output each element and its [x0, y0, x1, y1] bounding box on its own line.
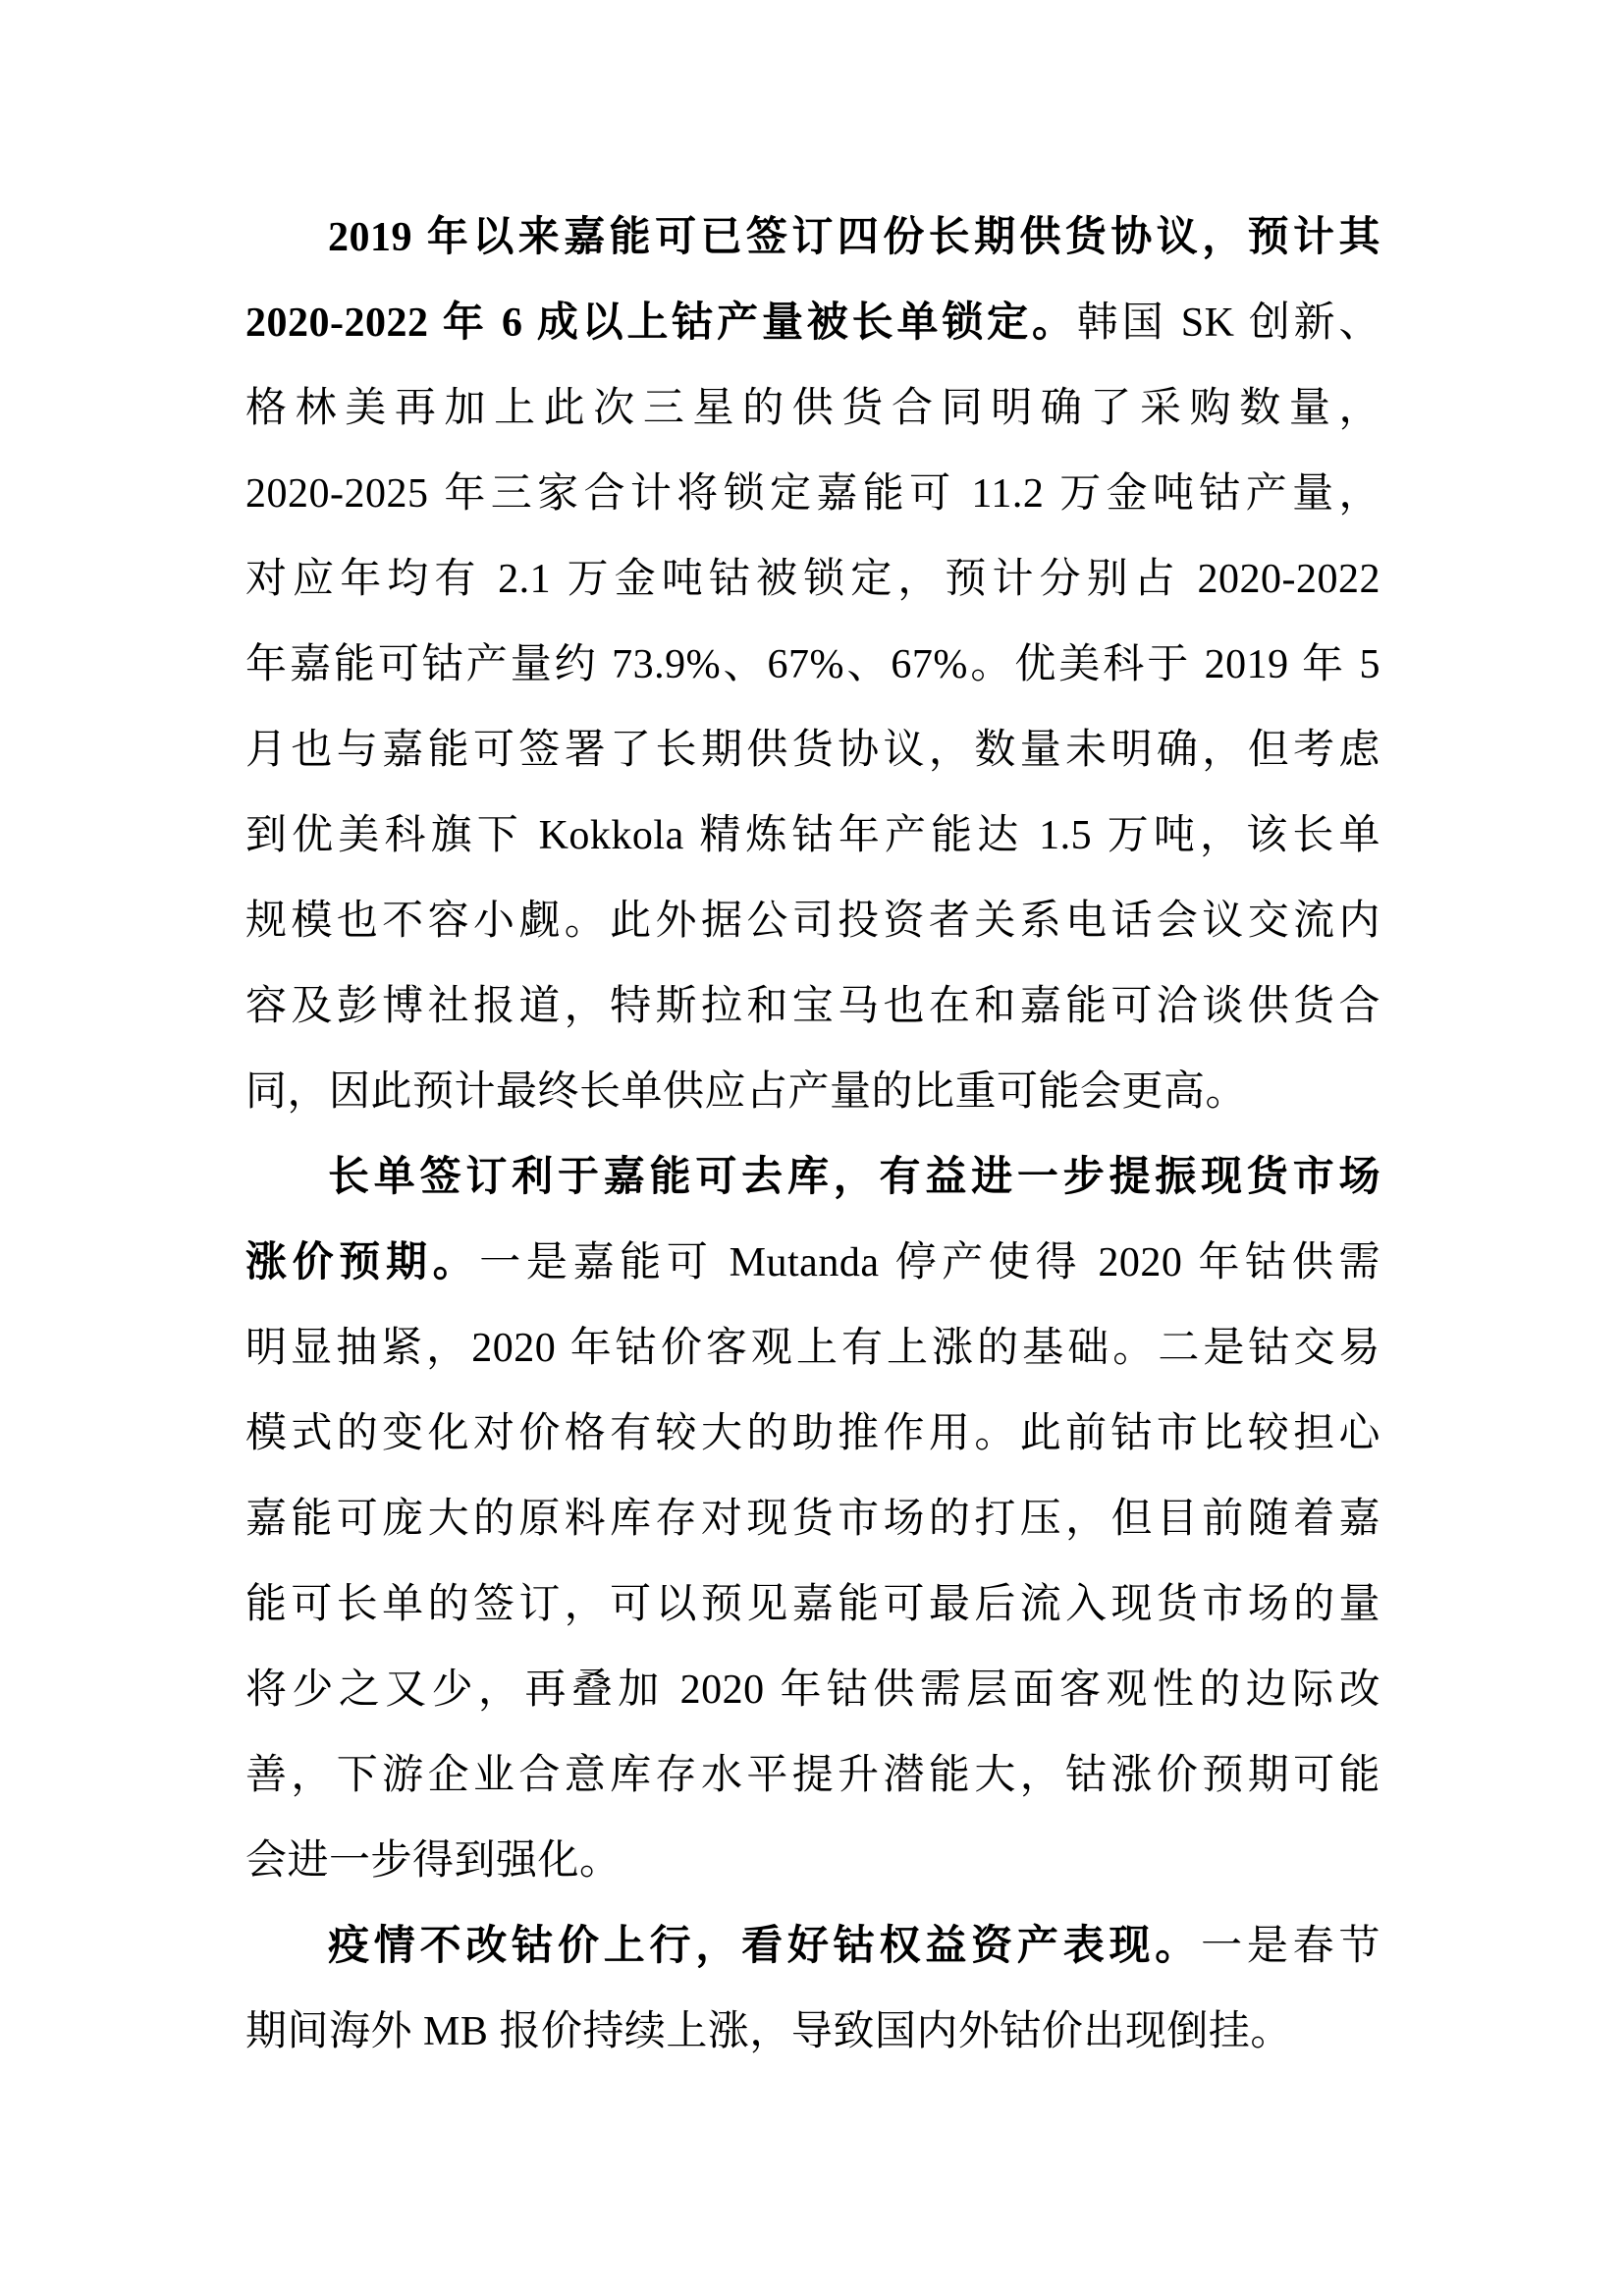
text-run: 善，下游企业合意库存水平提升潜能大，钴涨价预期可能 — [245, 1753, 1380, 1798]
text-line: 规模也不容小觑。此外据公司投资者关系电话会议交流内 — [245, 879, 1380, 964]
text-line: 2019 年以来嘉能可已签订四份长期供货协议，预计其 — [245, 195, 1380, 281]
bold-text-run: 疫情不改钴价上行，看好钴权益资产表现。 — [328, 1924, 1201, 1969]
text-run: 明显抽紧，2020 年钴价客观上有上涨的基础。二是钴交易 — [245, 1326, 1380, 1371]
text-line: 2020-2025 年三家合计将锁定嘉能可 11.2 万金吨钴产量， — [245, 452, 1380, 537]
text-run: 一是嘉能可 Mutanda 停产使得 2020 年钴供需 — [479, 1240, 1380, 1285]
text-run: 对应年均有 2.1 万金吨钴被锁定，预计分别占 2020-2022 — [245, 557, 1380, 602]
bold-text-run: 涨价预期。 — [245, 1240, 479, 1285]
text-line: 善，下游企业合意库存水平提升潜能大，钴涨价预期可能 — [245, 1733, 1380, 1819]
text-line: 嘉能可庞大的原料库存对现货市场的打压，但目前随着嘉 — [245, 1477, 1380, 1562]
text-run: 月也与嘉能可签署了长期供货协议，数量未明确，但考虑 — [245, 728, 1380, 773]
text-line: 对应年均有 2.1 万金吨钴被锁定，预计分别占 2020-2022 — [245, 537, 1380, 623]
text-run: 嘉能可庞大的原料库存对现货市场的打压，但目前随着嘉 — [245, 1497, 1380, 1542]
text-run: 将少之又少，再叠加 2020 年钴供需层面客观性的边际改 — [245, 1667, 1380, 1713]
text-run: 会进一步得到强化。 — [245, 1838, 622, 1884]
text-line: 2020-2022 年 6 成以上钴产量被长单锁定。韩国 SK 创新、 — [245, 281, 1380, 366]
text-line: 将少之又少，再叠加 2020 年钴供需层面客观性的边际改 — [245, 1648, 1380, 1733]
bold-text-run: 2020-2022 年 6 成以上钴产量被长单锁定。 — [245, 301, 1077, 346]
text-line: 长单签订利于嘉能可去库，有益进一步提振现货市场 — [245, 1135, 1380, 1221]
text-line: 涨价预期。一是嘉能可 Mutanda 停产使得 2020 年钴供需 — [245, 1221, 1380, 1306]
text-run: 规模也不容小觑。此外据公司投资者关系电话会议交流内 — [245, 899, 1380, 944]
bold-text-run: 2019 年以来嘉能可已签订四份长期供货协议，预计其 — [328, 215, 1380, 260]
text-run: 容及彭博社报道，特斯拉和宝马也在和嘉能可洽谈供货合 — [245, 984, 1380, 1029]
paragraph: 2019 年以来嘉能可已签订四份长期供货协议，预计其2020-2022 年 6 … — [245, 195, 1380, 1135]
text-run: 模式的变化对价格有较大的助推作用。此前钴市比较担心 — [245, 1411, 1380, 1456]
document-body: 2019 年以来嘉能可已签订四份长期供货协议，预计其2020-2022 年 6 … — [245, 195, 1380, 2075]
text-line: 到优美科旗下 Kokkola 精炼钴年产能达 1.5 万吨，该长单 — [245, 793, 1380, 879]
paragraph: 疫情不改钴价上行，看好钴权益资产表现。一是春节期间海外 MB 报价持续上涨，导致… — [245, 1904, 1380, 2075]
document-page: 2019 年以来嘉能可已签订四份长期供货协议，预计其2020-2022 年 6 … — [0, 0, 1623, 2296]
text-run: 同，因此预计最终长单供应占产量的比重可能会更高。 — [245, 1069, 1247, 1115]
text-line: 明显抽紧，2020 年钴价客观上有上涨的基础。二是钴交易 — [245, 1306, 1380, 1392]
text-line: 疫情不改钴价上行，看好钴权益资产表现。一是春节 — [245, 1904, 1380, 1990]
text-run: 期间海外 MB 报价持续上涨，导致国内外钴价出现倒挂。 — [245, 2009, 1292, 2054]
text-run: 2020-2025 年三家合计将锁定嘉能可 11.2 万金吨钴产量， — [245, 471, 1380, 517]
text-line: 容及彭博社报道，特斯拉和宝马也在和嘉能可洽谈供货合 — [245, 964, 1380, 1050]
text-line: 月也与嘉能可签署了长期供货协议，数量未明确，但考虑 — [245, 708, 1380, 793]
text-line: 同，因此预计最终长单供应占产量的比重可能会更高。 — [245, 1050, 1380, 1135]
text-run: 到优美科旗下 Kokkola 精炼钴年产能达 1.5 万吨，该长单 — [245, 813, 1380, 858]
text-line: 模式的变化对价格有较大的助推作用。此前钴市比较担心 — [245, 1392, 1380, 1477]
text-line: 年嘉能可钴产量约 73.9%、67%、67%。优美科于 2019 年 5 — [245, 623, 1380, 708]
paragraph: 长单签订利于嘉能可去库，有益进一步提振现货市场涨价预期。一是嘉能可 Mutand… — [245, 1135, 1380, 1904]
text-run: 韩国 SK 创新、 — [1077, 301, 1380, 346]
text-run: 一是春节 — [1201, 1924, 1380, 1969]
text-run: 能可长单的签订，可以预见嘉能可最后流入现货市场的量 — [245, 1582, 1380, 1627]
text-run: 年嘉能可钴产量约 73.9%、67%、67%。优美科于 2019 年 5 — [245, 642, 1380, 687]
text-run: 格林美再加上此次三星的供货合同明确了采购数量， — [245, 386, 1380, 431]
text-line: 格林美再加上此次三星的供货合同明确了采购数量， — [245, 366, 1380, 452]
bold-text-run: 长单签订利于嘉能可去库，有益进一步提振现货市场 — [328, 1155, 1380, 1200]
text-line: 会进一步得到强化。 — [245, 1819, 1380, 1904]
text-line: 期间海外 MB 报价持续上涨，导致国内外钴价出现倒挂。 — [245, 1990, 1380, 2075]
text-line: 能可长单的签订，可以预见嘉能可最后流入现货市场的量 — [245, 1562, 1380, 1648]
